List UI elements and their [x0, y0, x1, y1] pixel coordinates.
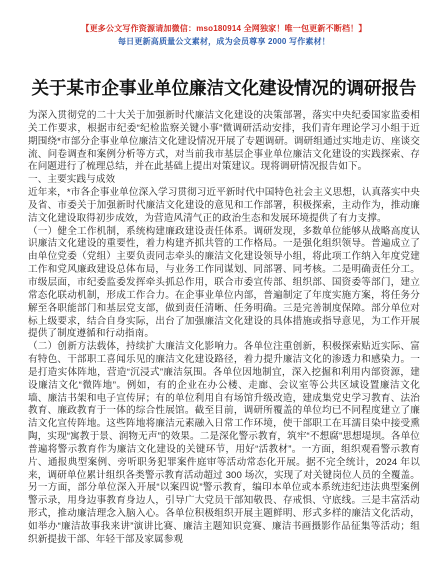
- document-body: 为深入贯彻党的二十大关于加强新时代廉洁文化建设的决策部署，落实中央纪委国家监委相…: [28, 110, 420, 547]
- document-title: 关于某市企事业单位廉洁文化建设情况的调研报告: [28, 76, 420, 100]
- ad-banner: 【更多公文写作资源请加微信：mso180914 全网独家！唯一包更新不断档！】 …: [0, 0, 448, 48]
- document-page: 【更多公文写作资源请加微信：mso180914 全网独家！唯一包更新不断档！】 …: [0, 0, 448, 580]
- section-heading-1: 一、主要实践与成效: [28, 174, 420, 187]
- ad-banner-line1: 【更多公文写作资源请加微信：mso180914 全网独家！唯一包更新不断档！】: [0, 22, 448, 35]
- ad-banner-line2: 每日更新高质量公文素材，成为会员尊享 2000 写作素材！: [0, 35, 448, 48]
- paragraph-overview: 近年来，*市各企事业单位深入学习贯彻习近平新时代中国特色社会主义思想，认真落实中…: [28, 187, 420, 226]
- paragraph-point-1: （一）健全工作机制，系统构建廉政建设责任体系。调研发现，多数单位能够从战略高度认…: [28, 226, 420, 342]
- paragraph-point-2: （二）创新方法载体，持续扩大廉洁文化影响力。各单位注重创新，积极探索贴近实际、富…: [28, 341, 420, 547]
- paragraph-intro: 为深入贯彻党的二十大关于加强新时代廉洁文化建设的决策部署，落实中央纪委国家监委相…: [28, 110, 420, 174]
